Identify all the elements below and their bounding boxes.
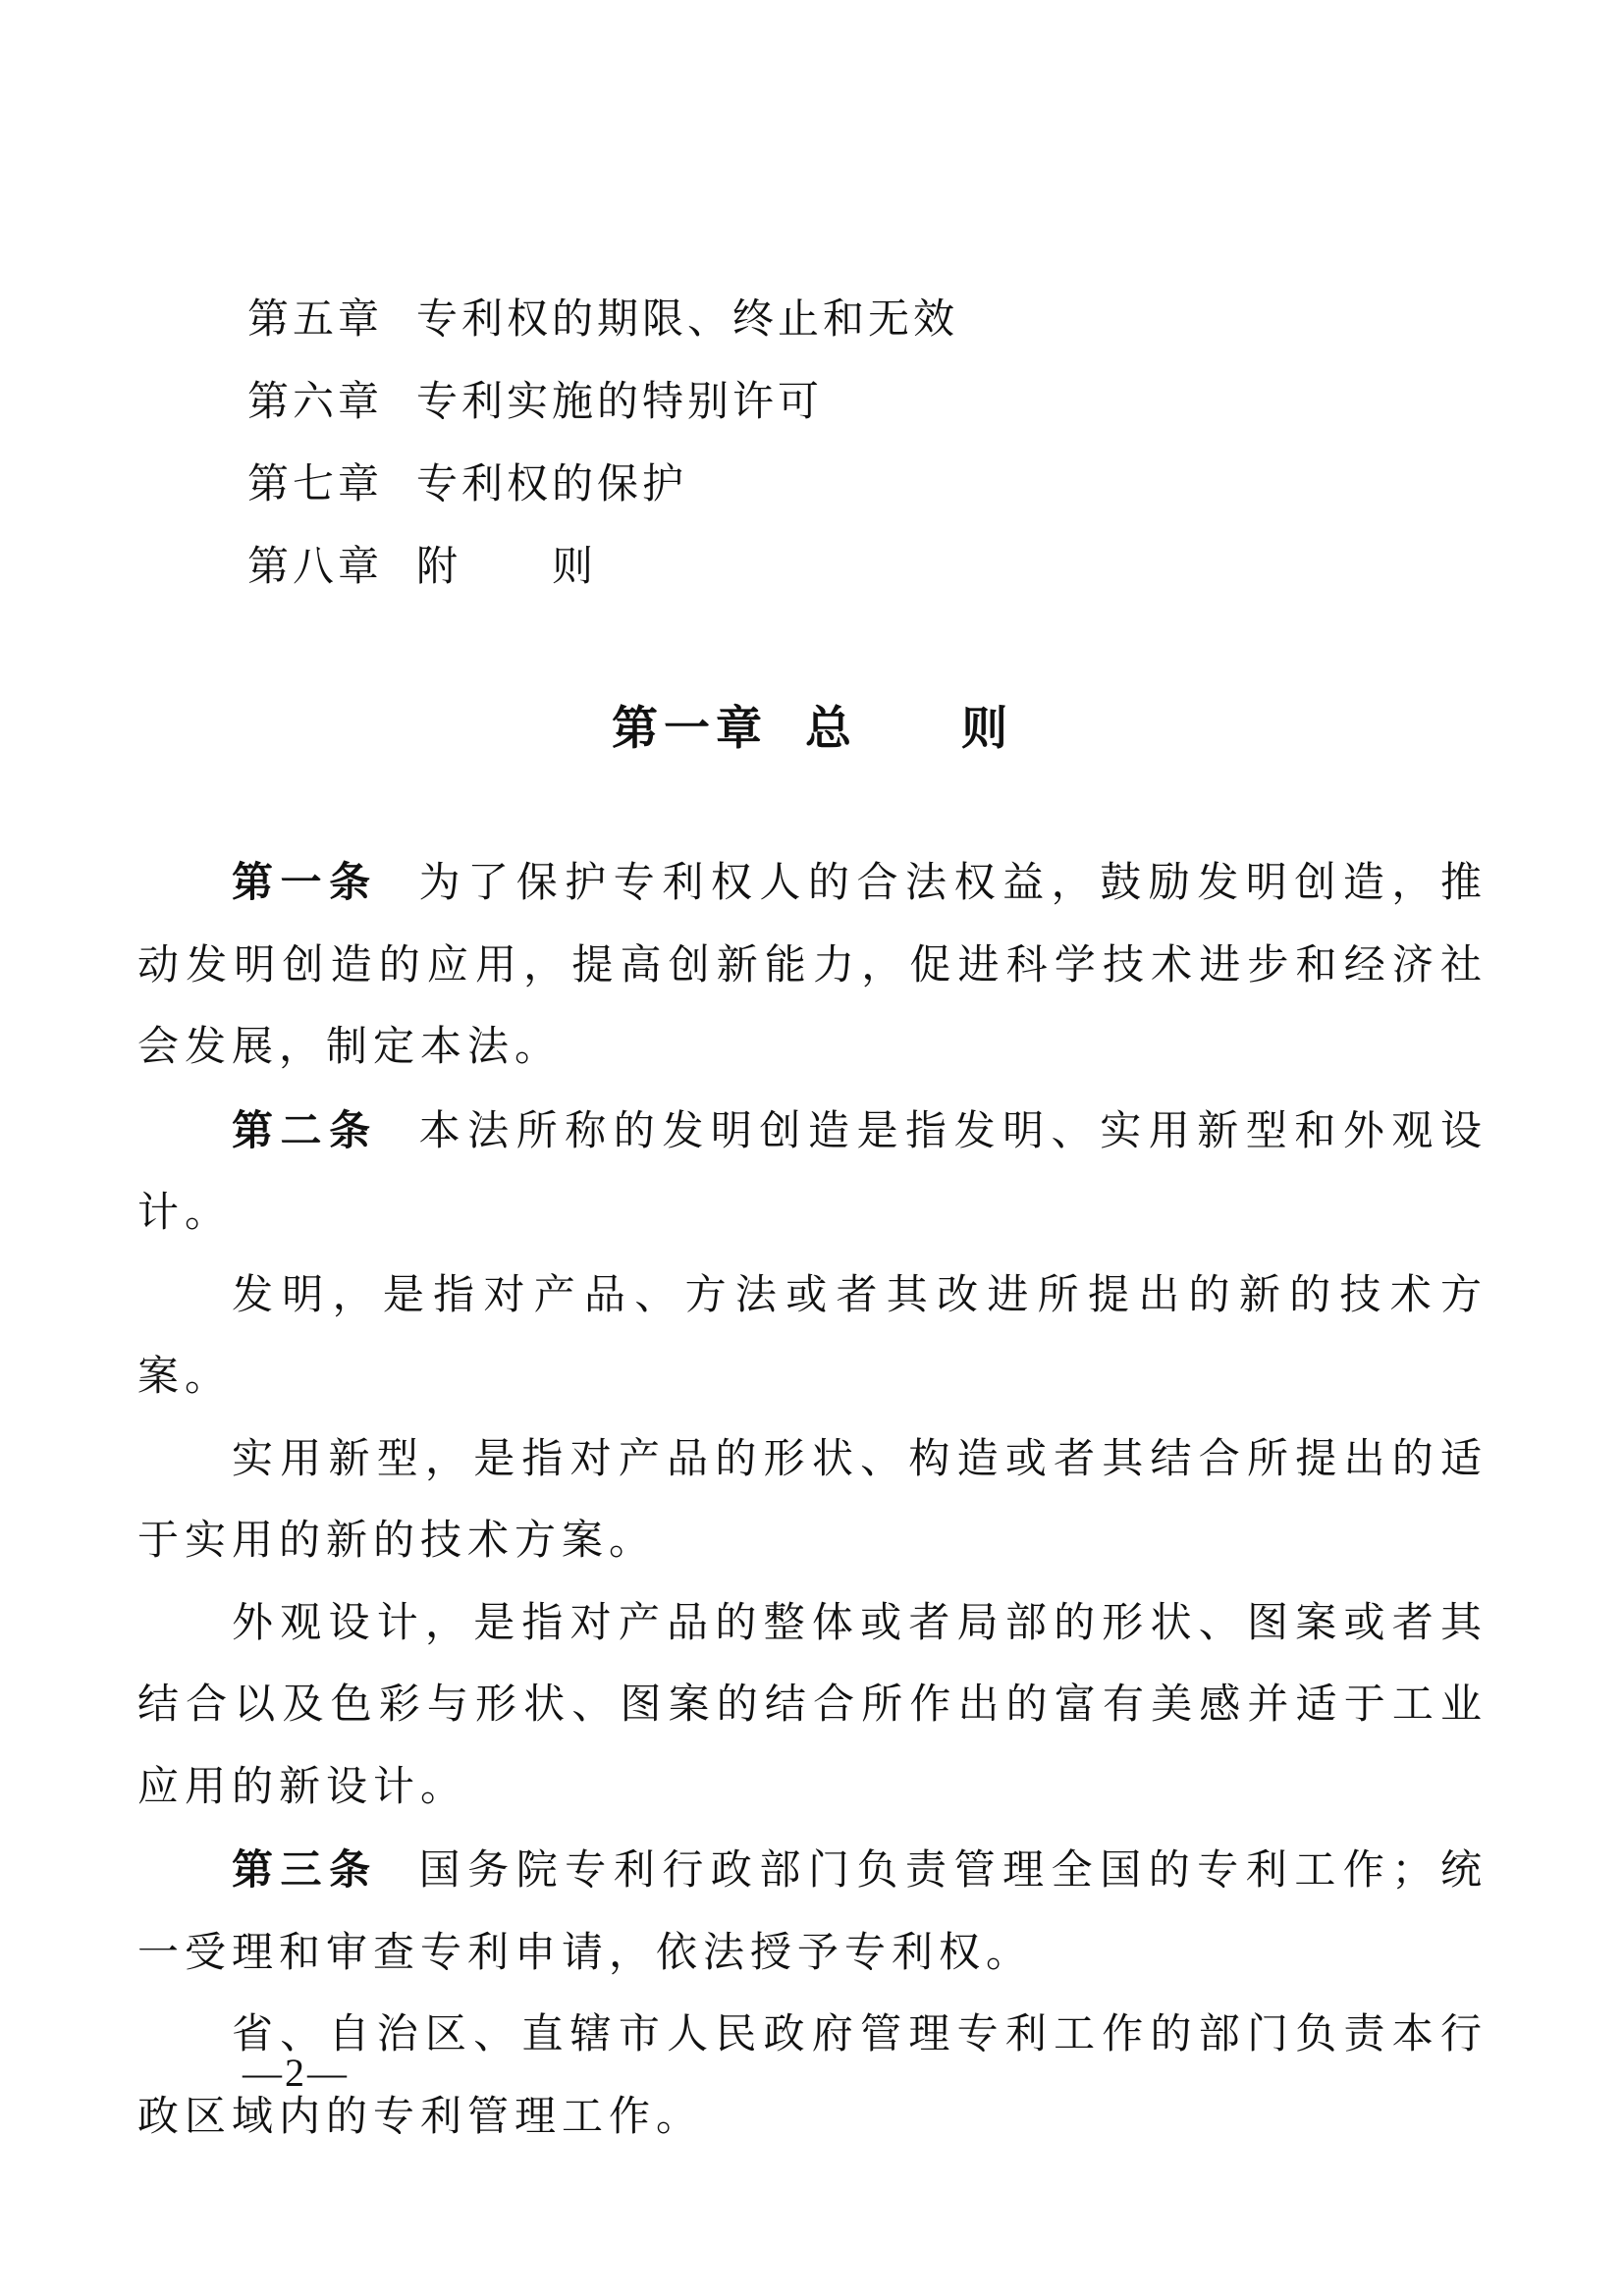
toc-chapter-title: 专利权的期限、终止和无效 bbox=[416, 297, 958, 343]
article-text: 实用新型，是指对产品的形状、构造或者其结合所提出的适于实用的新的技术方案。 bbox=[137, 1437, 1488, 1565]
toc-chapter-number: 第六章 bbox=[247, 361, 383, 444]
toc-item-chapter-6: 第六章专利实施的特别许可 bbox=[137, 361, 1488, 444]
toc-chapter-title: 附 则 bbox=[416, 545, 597, 590]
page-number: —2— bbox=[243, 2050, 350, 2097]
paragraph-design-definition: 外观设计，是指对产品的整体或者局部的形状、图案或者其结合以及色彩与形状、图案的结… bbox=[137, 1583, 1488, 1830]
toc-chapter-title: 专利权的保护 bbox=[416, 462, 687, 507]
article-text: 外观设计，是指对产品的整体或者局部的形状、图案或者其结合以及色彩与形状、图案的结… bbox=[137, 1601, 1488, 1810]
chapter-heading-number: 第一章 bbox=[612, 702, 768, 754]
article-number-label: 第二条 bbox=[232, 1107, 378, 1153]
document-page: 第五章专利权的期限、终止和无效 第六章专利实施的特别许可 第七章专利权的保护 第… bbox=[0, 0, 1624, 2296]
toc-chapter-title: 专利实施的特别许可 bbox=[416, 380, 823, 425]
article-number-label: 第一条 bbox=[232, 859, 378, 905]
chapter-heading: 第一章总 则 bbox=[137, 699, 1488, 758]
toc-item-chapter-8: 第八章附 则 bbox=[137, 526, 1488, 609]
toc-chapter-number: 第八章 bbox=[247, 526, 383, 609]
paragraph-article-2: 第二条本法所称的发明创造是指发明、实用新型和外观设计。 bbox=[137, 1090, 1488, 1255]
article-text: 发明，是指对产品、方法或者其改进所提出的新的技术方案。 bbox=[137, 1273, 1488, 1401]
toc-item-chapter-5: 第五章专利权的期限、终止和无效 bbox=[137, 279, 1488, 361]
toc-chapter-number: 第七章 bbox=[247, 444, 383, 526]
paragraph-utility-model-definition: 实用新型，是指对产品的形状、构造或者其结合所提出的适于实用的新的技术方案。 bbox=[137, 1419, 1488, 1583]
toc-item-chapter-7: 第七章专利权的保护 bbox=[137, 444, 1488, 526]
article-body: 第一条为了保护专利权人的合法权益，鼓励发明创造，推动发明创造的应用，提高创新能力… bbox=[137, 841, 1488, 2159]
article-number-label: 第三条 bbox=[232, 1846, 378, 1893]
paragraph-article-3: 第三条国务院专利行政部门负责管理全国的专利工作；统一受理和审查专利申请，依法授予… bbox=[137, 1829, 1488, 1995]
paragraph-invention-definition: 发明，是指对产品、方法或者其改进所提出的新的技术方案。 bbox=[137, 1255, 1488, 1419]
table-of-contents: 第五章专利权的期限、终止和无效 第六章专利实施的特别许可 第七章专利权的保护 第… bbox=[137, 279, 1488, 609]
chapter-heading-title: 总 则 bbox=[805, 702, 1013, 754]
toc-chapter-number: 第五章 bbox=[247, 279, 383, 361]
page-content: 第五章专利权的期限、终止和无效 第六章专利实施的特别许可 第七章专利权的保护 第… bbox=[137, 0, 1488, 2159]
paragraph-article-1: 第一条为了保护专利权人的合法权益，鼓励发明创造，推动发明创造的应用，提高创新能力… bbox=[137, 841, 1488, 1090]
